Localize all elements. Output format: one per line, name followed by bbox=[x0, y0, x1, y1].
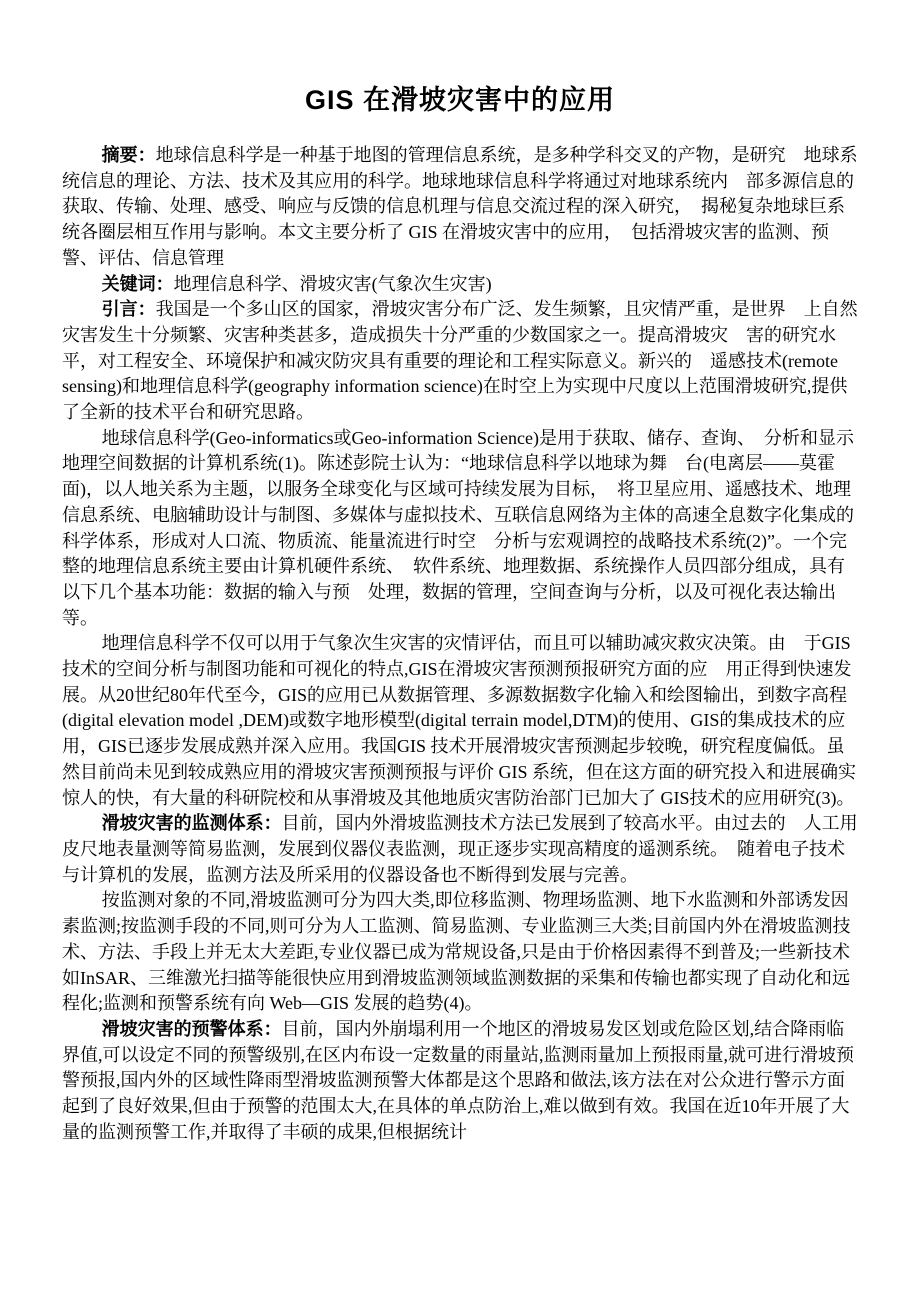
paragraph-text: 地理信息科学、滑坡灾害(气象次生灾害) bbox=[174, 274, 492, 294]
paragraph-text: 我国是一个多山区的国家，滑坡灾害分布广泛、发生频繁，且灾情严重，是世界 上自然灾… bbox=[62, 299, 858, 422]
paragraph-gis-development: 地理信息科学不仅可以用于气象次生灾害的灾情评估，而且可以辅助减灾救灾决策。由 于… bbox=[62, 631, 858, 811]
paragraph-text: 按监测对象的不同,滑坡监测可分为四大类,即位移监测、物理场监测、地下水监测和外部… bbox=[62, 890, 851, 1013]
paragraph-label: 滑坡灾害的监测体系： bbox=[102, 813, 282, 833]
paragraph-monitoring-categories: 按监测对象的不同,滑坡监测可分为四大类,即位移监测、物理场监测、地下水监测和外部… bbox=[62, 888, 858, 1017]
paragraph-label: 关键词： bbox=[102, 274, 174, 294]
document-page: GIS 在滑坡灾害中的应用 摘要：地球信息科学是一种基于地图的管理信息系统，是多… bbox=[0, 0, 920, 1302]
paragraph-warning-system: 滑坡灾害的预警体系：目前，国内外崩塌利用一个地区的滑坡易发区划或危险区划,结合降… bbox=[62, 1017, 858, 1146]
paragraph-abstract: 摘要：地球信息科学是一种基于地图的管理信息系统，是多种学科交叉的产物，是研究 地… bbox=[62, 143, 858, 272]
paragraph-geoinformatics-definition: 地球信息科学(Geo-informatics或Geo-information S… bbox=[62, 426, 858, 632]
paragraph-label: 摘要： bbox=[102, 145, 156, 165]
paragraph-keywords: 关键词：地理信息科学、滑坡灾害(气象次生灾害) bbox=[62, 272, 858, 298]
document-title: GIS 在滑坡灾害中的应用 bbox=[62, 82, 858, 118]
paragraph-text: 地球信息科学是一种基于地图的管理信息系统，是多种学科交叉的产物，是研究 地球系统… bbox=[62, 145, 858, 268]
paragraph-label: 引言： bbox=[102, 299, 156, 319]
document-body: 摘要：地球信息科学是一种基于地图的管理信息系统，是多种学科交叉的产物，是研究 地… bbox=[62, 143, 858, 1145]
paragraph-text: 地理信息科学不仅可以用于气象次生灾害的灾情评估，而且可以辅助减灾救灾决策。由 于… bbox=[62, 633, 856, 807]
paragraph-introduction: 引言：我国是一个多山区的国家，滑坡灾害分布广泛、发生频繁，且灾情严重，是世界 上… bbox=[62, 297, 858, 426]
paragraph-label: 滑坡灾害的预警体系： bbox=[102, 1019, 282, 1039]
paragraph-monitoring-system: 滑坡灾害的监测体系：目前，国内外滑坡监测技术方法已发展到了较高水平。由过去的 人… bbox=[62, 811, 858, 888]
paragraph-text: 地球信息科学(Geo-informatics或Geo-information S… bbox=[62, 428, 854, 628]
